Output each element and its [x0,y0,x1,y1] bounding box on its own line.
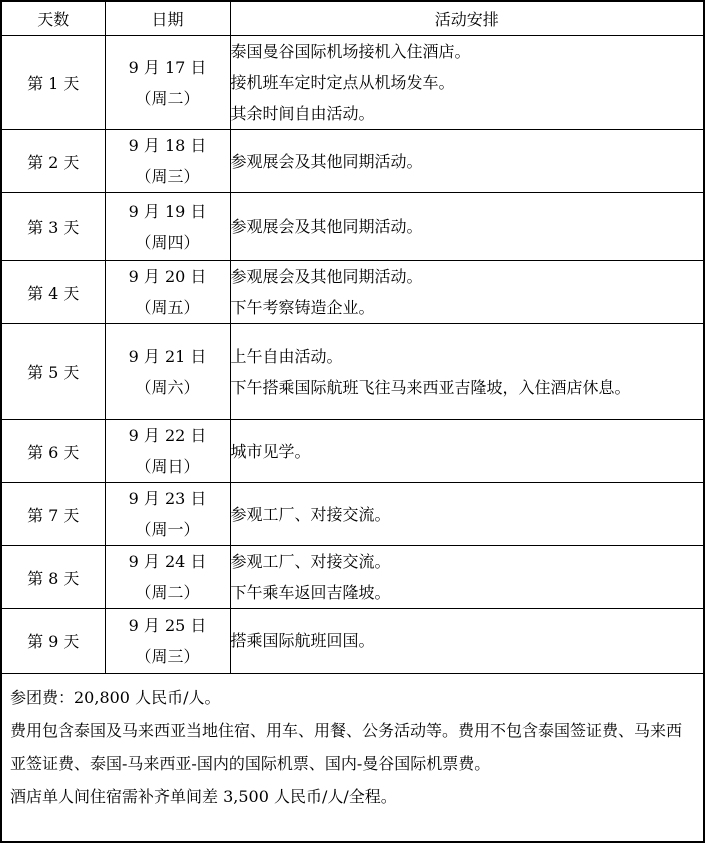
day-cell: 第 2 天 [2,130,105,193]
weekday-line: （周二） [106,577,230,608]
fee-note-single-room: 酒店单人间住宿需补齐单间差 3,500 人民币/人/全程。 [10,780,689,813]
date-line: 9 月 20 日 [106,261,230,292]
fee-note-inclusions: 费用包含泰国及马来西亚当地住宿、用车、用餐、公务活动等。费用不包含泰国签证费、马… [10,714,689,780]
day-cell: 第 3 天 [2,193,105,261]
table-row: 第 4 天 9 月 20 日 （周五） 参观展会及其他同期活动。 下午考察铸造企… [2,261,703,324]
date-line: 9 月 19 日 [106,196,230,227]
activity-cell: 上午自由活动。 下午搭乘国际航班飞往马来西亚吉隆坡，入住酒店休息。 [230,324,703,420]
activity-line: 参观工厂、对接交流。 [231,499,704,530]
activity-line: 接机班车定时定点从机场发车。 [231,67,704,98]
date-cell: 9 月 19 日 （周四） [105,193,230,261]
table-row: 第 8 天 9 月 24 日 （周二） 参观工厂、对接交流。 下午乘车返回吉隆坡… [2,546,703,609]
day-cell: 第 5 天 [2,324,105,420]
date-line: 9 月 23 日 [106,483,230,514]
weekday-line: （周三） [106,161,230,192]
activity-cell: 参观工厂、对接交流。 下午乘车返回吉隆坡。 [230,546,703,609]
table-row: 第 2 天 9 月 18 日 （周三） 参观展会及其他同期活动。 [2,130,703,193]
activity-cell: 参观展会及其他同期活动。 [230,193,703,261]
date-cell: 9 月 23 日 （周一） [105,483,230,546]
weekday-line: （周五） [106,292,230,323]
date-line: 9 月 22 日 [106,420,230,451]
day-cell: 第 8 天 [2,546,105,609]
date-cell: 9 月 18 日 （周三） [105,130,230,193]
itinerary-document: 天数 日期 活动安排 第 1 天 9 月 17 日 （周二） 泰国曼谷国际机场接… [0,0,705,843]
activity-line: 参观展会及其他同期活动。 [231,261,704,292]
day-cell: 第 9 天 [2,609,105,673]
activity-line: 其余时间自由活动。 [231,98,704,129]
date-cell: 9 月 20 日 （周五） [105,261,230,324]
col-header-day: 天数 [2,2,105,36]
header-row: 天数 日期 活动安排 [2,2,703,36]
activity-cell: 泰国曼谷国际机场接机入住酒店。 接机班车定时定点从机场发车。 其余时间自由活动。 [230,36,703,130]
day-cell: 第 4 天 [2,261,105,324]
weekday-line: （周二） [106,83,230,114]
table-row: 第 7 天 9 月 23 日 （周一） 参观工厂、对接交流。 [2,483,703,546]
activity-cell: 城市见学。 [230,420,703,483]
date-line: 9 月 24 日 [106,546,230,577]
date-cell: 9 月 22 日 （周日） [105,420,230,483]
col-header-date: 日期 [105,2,230,36]
table-row: 第 5 天 9 月 21 日 （周六） 上午自由活动。 下午搭乘国际航班飞往马来… [2,324,703,420]
weekday-line: （周一） [106,514,230,545]
activity-cell: 参观展会及其他同期活动。 [230,130,703,193]
day-cell: 第 7 天 [2,483,105,546]
table-row: 第 3 天 9 月 19 日 （周四） 参观展会及其他同期活动。 [2,193,703,261]
day-cell: 第 6 天 [2,420,105,483]
activity-cell: 搭乘国际航班回国。 [230,609,703,673]
table-row: 第 1 天 9 月 17 日 （周二） 泰国曼谷国际机场接机入住酒店。 接机班车… [2,36,703,130]
table-row: 第 9 天 9 月 25 日 （周三） 搭乘国际航班回国。 [2,609,703,673]
weekday-line: （周四） [106,227,230,258]
weekday-line: （周日） [106,451,230,482]
date-line: 9 月 18 日 [106,130,230,161]
activity-line: 城市见学。 [231,436,704,467]
activity-line: 参观工厂、对接交流。 [231,546,704,577]
activity-line: 泰国曼谷国际机场接机入住酒店。 [231,36,704,67]
activity-line: 下午考察铸造企业。 [231,292,704,323]
activity-line: 参观展会及其他同期活动。 [231,211,704,242]
table-row: 第 6 天 9 月 22 日 （周日） 城市见学。 [2,420,703,483]
activity-line: 下午乘车返回吉隆坡。 [231,577,704,608]
date-line: 9 月 25 日 [106,610,230,641]
day-cell: 第 1 天 [2,36,105,130]
weekday-line: （周六） [106,372,230,403]
activity-line: 上午自由活动。 [231,341,704,372]
activity-cell: 参观展会及其他同期活动。 下午考察铸造企业。 [230,261,703,324]
weekday-line: （周三） [106,641,230,672]
activity-cell: 参观工厂、对接交流。 [230,483,703,546]
date-line: 9 月 21 日 [106,341,230,372]
col-header-activity: 活动安排 [230,2,703,36]
activity-line: 参观展会及其他同期活动。 [231,146,704,177]
itinerary-table: 天数 日期 活动安排 第 1 天 9 月 17 日 （周二） 泰国曼谷国际机场接… [2,2,703,673]
fee-notes: 参团费：20,800 人民币/人。 费用包含泰国及马来西亚当地住宿、用车、用餐、… [2,673,703,813]
date-line: 9 月 17 日 [106,52,230,83]
activity-line: 搭乘国际航班回国。 [231,625,704,656]
date-cell: 9 月 24 日 （周二） [105,546,230,609]
date-cell: 9 月 17 日 （周二） [105,36,230,130]
date-cell: 9 月 25 日 （周三） [105,609,230,673]
fee-note-price: 参团费：20,800 人民币/人。 [10,681,689,714]
date-cell: 9 月 21 日 （周六） [105,324,230,420]
activity-line: 下午搭乘国际航班飞往马来西亚吉隆坡，入住酒店休息。 [231,372,704,403]
